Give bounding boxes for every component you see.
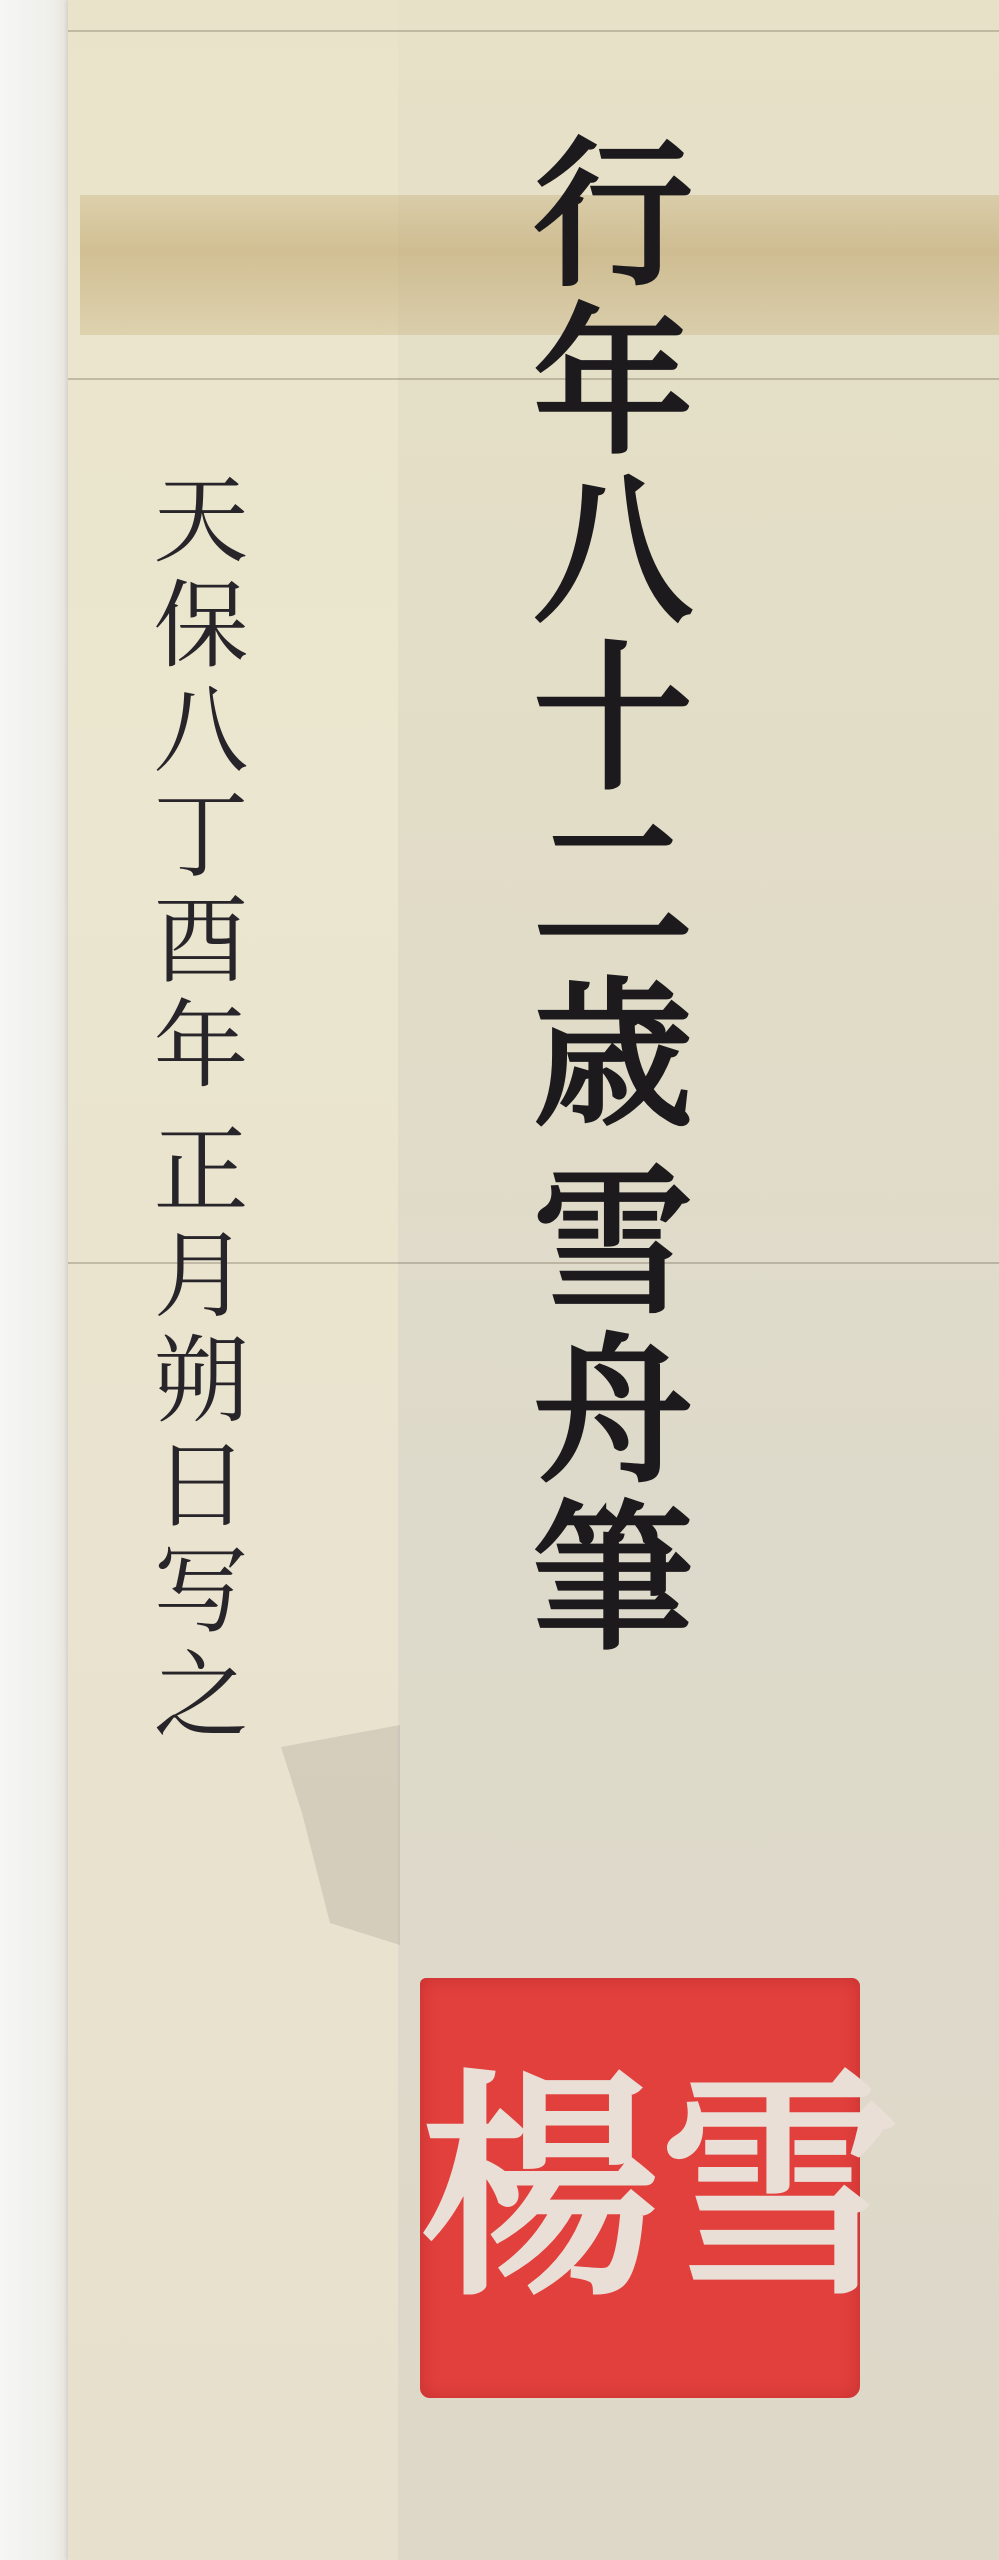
seal-left-glyph: 楊 xyxy=(420,1978,660,2398)
main-inscription-column: 行年八十二歳雪舟筆 xyxy=(520,130,680,1662)
era-date: 天保八丁酉年 xyxy=(138,470,248,1100)
age-inscription: 行年八十二歳 xyxy=(506,130,694,1138)
day-note: 正月朔日写之 xyxy=(138,1120,248,1750)
seal-right-glyph: 雪 xyxy=(660,1978,900,2398)
date-inscription-column: 天保八丁酉年正月朔日写之 xyxy=(145,470,240,1750)
red-seal: 楊 雪 xyxy=(420,1978,860,2398)
scroll-photo: 行年八十二歳雪舟筆 天保八丁酉年正月朔日写之 楊 雪 xyxy=(0,0,999,2560)
artist-signature: 雪舟筆 xyxy=(506,1158,694,1662)
fold-line xyxy=(68,30,999,32)
